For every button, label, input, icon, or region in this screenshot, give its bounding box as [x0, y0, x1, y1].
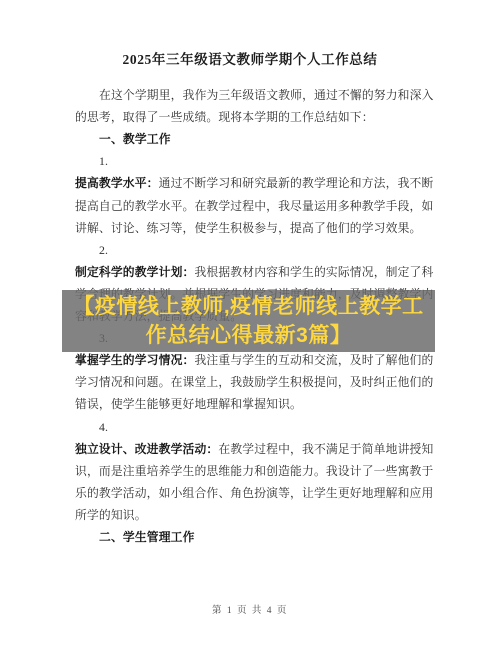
- body-line: 乐的教学活动，如小组合作、角色扮演等，让学生更好地理解和应用: [75, 482, 431, 505]
- watermark-text-line: 【疫情线上教师,疫情老师线上教学工: [62, 292, 435, 321]
- section-heading: 二、学生管理工作: [75, 526, 455, 549]
- paragraph-lead: 提高教学水平：: [75, 176, 159, 190]
- body-line: 学习情况和问题。在课堂上，我鼓励学生积极提问，及时纠正他们的: [75, 371, 431, 394]
- watermark-text-line: 作总结心得最新3篇】: [62, 321, 435, 350]
- body-line: 讲解、讨论、练习等，使学生积极参与，提高了他们的学习效果。: [75, 217, 431, 240]
- body-line: 的思考，取得了一些成绩。现将本学期的工作总结如下：: [75, 106, 431, 129]
- body-line: 在这个学期里，我作为三年级语文教师，通过不懈的努力和深入: [75, 84, 455, 107]
- body-line: 识，而是注重培养学生的思维能力和创造能力。我设计了一些寓教于: [75, 460, 431, 483]
- body-line: 掌握学生的学习情况：我注重与学生的互动和交流，及时了解他们的: [75, 349, 431, 372]
- list-number-line: 4.: [75, 416, 455, 439]
- paragraph-lead: 制定科学的教学计划：: [75, 265, 194, 279]
- paragraph-lead: 掌握学生的学习情况：: [75, 353, 194, 367]
- paragraph-lead: 独立设计、改进教学活动：: [75, 442, 218, 456]
- body-line: 提高教学水平：通过不断学习和研究最新的教学理论和方法，我不断: [75, 172, 431, 195]
- section-heading: 一、教学工作: [75, 128, 455, 151]
- page-number-footer: 第 1 页 共 4 页: [0, 604, 500, 618]
- body-line: 独立设计、改进教学活动：在教学过程中，我不满足于简单地讲授知: [75, 438, 431, 461]
- list-number-line: 1.: [75, 150, 455, 173]
- document-title: 2025年三年级语文教师学期个人工作总结: [0, 47, 500, 73]
- body-line: 错误，使学生能够更好地理解和掌握知识。: [75, 393, 431, 416]
- body-line: 提高自己的教学水平。在教学过程中，我尽量运用多种教学手段，如: [75, 195, 431, 218]
- body-line: 制定科学的教学计划：我根据教材内容和学生的实际情况，制定了科: [75, 261, 431, 284]
- list-number-line: 2.: [75, 239, 455, 262]
- document-page: 2025年三年级语文教师学期个人工作总结 在这个学期里，我作为三年级语文教师，通…: [0, 0, 500, 647]
- body-line: 所学的知识。: [75, 504, 431, 527]
- watermark-band: 【疫情线上教师,疫情老师线上教学工作总结心得最新3篇】: [62, 290, 435, 352]
